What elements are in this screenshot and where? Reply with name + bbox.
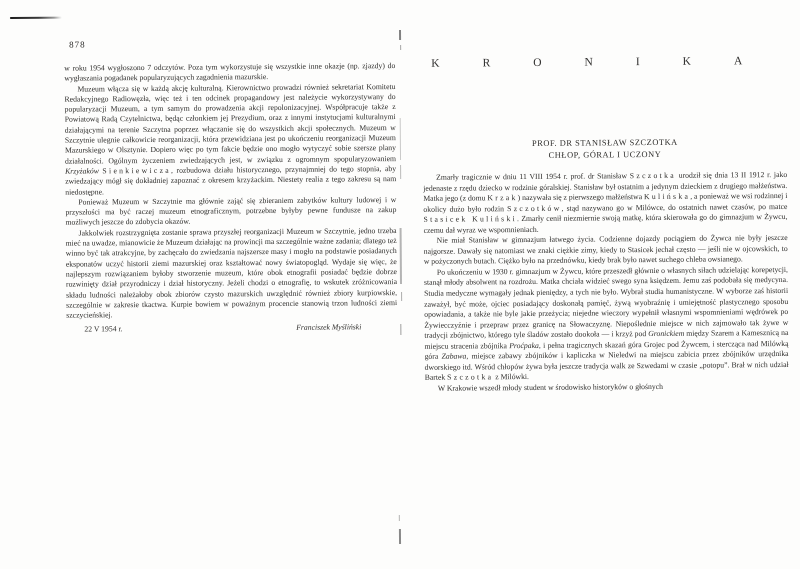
left-page-paragraphs: w roku 1954 wygłoszono 7 odczytów. Poza … [64, 61, 397, 321]
text-italic: Proćpaka [509, 341, 539, 350]
gutter-fold-mark [401, 292, 402, 301]
text-italic: Gronickiem [648, 329, 684, 338]
paragraph: Jakkolwiek rozstrzygnięta zostanie spraw… [66, 226, 398, 321]
article-title: PROF. DR STANISŁAW SZCZOTKA CHŁOP, GÓRAL… [423, 136, 787, 164]
text-spaced: Szczotka [447, 373, 493, 382]
text-run: Zmarły tragicznie w dniu 11 VIII 1954 r.… [436, 171, 630, 182]
author-signature: Franciszek Myśliński [296, 323, 361, 334]
gutter-fold-mark [400, 324, 401, 335]
text-spaced: Kulińska [644, 192, 690, 201]
text-spaced: Szczotka [630, 171, 676, 180]
text-run: Ponieważ Muzeum w Szczytnie ma głównie z… [65, 195, 396, 227]
text-spaced: Krzak [487, 193, 517, 202]
kronika-letter: K [683, 56, 691, 68]
text-run: ) nazywała się z pierwszego małżeństwa [518, 192, 644, 202]
kronika-letter: R [483, 57, 491, 69]
gutter-fold-mark [399, 30, 401, 40]
paragraph: W Krakowie wszedł młody student w środow… [425, 381, 789, 394]
left-page-text-column: w roku 1954 wygłoszono 7 odczytów. Poza … [64, 61, 397, 335]
kronika-letter: K [431, 58, 439, 70]
gutter-fold-mark [399, 529, 401, 544]
text-italic: Krzyżaków [65, 166, 99, 175]
signature-row: 22 V 1954 r. Franciszek Myśliński [66, 322, 397, 335]
text-spaced: Szczotków [507, 203, 562, 212]
paragraph: Po ukończeniu w 1930 r. gimnazjum w Żywc… [424, 265, 789, 384]
text-run: W Krakowie wszedł młody student w środow… [438, 382, 663, 393]
gutter-fold-mark [400, 165, 401, 179]
paragraph: Ponieważ Muzeum w Szczytnie ma głównie z… [65, 195, 396, 228]
kronika-letter: I [636, 56, 640, 68]
paragraph: Zmarły tragicznie w dniu 11 VIII 1954 r.… [423, 170, 787, 236]
text-run: w roku 1954 wygłoszono 7 odczytów. Poza … [64, 61, 395, 83]
paragraph: Muzeum włącza się w każdą akcję kultural… [64, 82, 396, 198]
date-line: 22 V 1954 r. [84, 325, 122, 336]
right-page-paragraphs: Zmarły tragicznie w dniu 11 VIII 1954 r.… [423, 170, 789, 394]
scanned-book-spread: 878 w roku 1954 wygłoszono 7 odczytów. P… [0, 0, 800, 569]
paragraph: w roku 1954 wygłoszono 7 odczytów. Poza … [64, 61, 395, 84]
scan-artifact-rule [10, 17, 62, 19]
kronika-letter: O [533, 57, 541, 69]
text-run: Muzeum włącza się w każdą akcję kultural… [64, 82, 396, 166]
page-number: 878 [69, 39, 86, 49]
gutter-fold-mark [399, 515, 400, 521]
text-run: , stąd nazywano go w Milówce, do ostatni… [561, 202, 787, 213]
text-run: Jakkolwiek rozstrzygnięta zostanie spraw… [66, 226, 398, 320]
article-title-line2: CHŁOP, GÓRAL I UCZONY [423, 148, 787, 163]
gutter-fold-mark [400, 228, 402, 284]
kronika-letter: N [584, 56, 592, 68]
kronika-letter: A [734, 55, 742, 67]
text-spaced: Stasicek Kuliński [423, 214, 517, 224]
text-spaced: Sienkiewicza [102, 166, 171, 176]
text-run: z Milówki. [493, 372, 529, 381]
gutter-fold-mark [400, 118, 401, 160]
gutter-fold-mark [400, 45, 401, 50]
paragraph: Nie miał Stanisław w gimnazjum łatwego ż… [424, 233, 788, 267]
right-page-text-column: Zmarły tragicznie w dniu 11 VIII 1954 r.… [423, 170, 789, 394]
text-run: Nie miał Stanisław w gimnazjum łatwego ż… [424, 233, 788, 266]
kronika-section-header: KRONIKA [431, 55, 742, 69]
text-italic: Zabawa [442, 352, 467, 361]
